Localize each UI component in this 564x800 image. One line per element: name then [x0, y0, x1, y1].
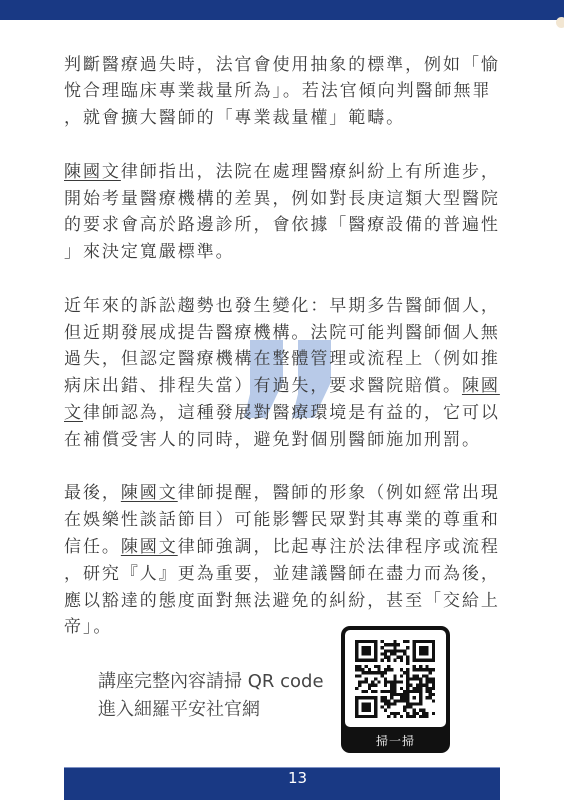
- line-text: 律師強調，比起專注於法律程序或流程: [178, 537, 500, 557]
- article-line: 近年來的訴訟趨勢也發生變化：早期多告醫師個人，: [64, 293, 506, 320]
- article-line: 判斷醫療過失時，法官會使用抽象的標準，例如「愉: [64, 52, 506, 79]
- article-line: 應以豁達的態度面對無法避免的糾紛，甚至「交給上: [64, 588, 506, 615]
- article-line: 在補償受害人的同時，避免對個別醫師施加刑罰。: [64, 427, 506, 454]
- paragraph-4: 最後，陳國文律師提醒，醫師的形象（例如經常出現 在娛樂性談話節目）可能影響民眾對…: [64, 480, 506, 641]
- article-line: 病床出錯、排程失當）有過失，要求醫院賠償。陳國: [64, 373, 506, 400]
- article-line: 陳國文律師指出，法院在處理醫療糾紛上有所進步，: [64, 159, 506, 186]
- line-text: 律師提醒，醫師的形象（例如經常出現: [178, 483, 500, 503]
- person-name: 陳國文: [121, 537, 178, 557]
- qr-scan-label: 掃一掃: [341, 727, 450, 753]
- person-name: 陳國文: [121, 483, 178, 503]
- person-name: 文: [64, 403, 83, 423]
- paragraph-3: 近年來的訴訟趨勢也發生變化：早期多告醫師個人， 但近期發展成提告醫療機構。法院可…: [64, 293, 506, 454]
- line-text: 律師指出，法院在處理醫療糾紛上有所進步，: [121, 162, 500, 182]
- header-bar: [0, 0, 564, 20]
- article-line: ，研究『人』更為重要，並建議醫師在盡力而為後，: [64, 561, 506, 588]
- article-line: 過失，但認定醫療機構在整體管理或流程上（例如推: [64, 346, 506, 373]
- line-text: 律師認為，這種發展對醫療環境是有益的，它可以: [83, 403, 500, 423]
- article-line: 悅合理臨床專業裁量所為」。若法官傾向判醫師無罪: [64, 78, 506, 105]
- article-line: 帝」。: [64, 614, 506, 641]
- article-line: 的要求會高於路邊診所，會依據「醫療設備的普遍性: [64, 212, 506, 239]
- article-line: 最後，陳國文律師提醒，醫師的形象（例如經常出現: [64, 480, 506, 507]
- article-line: 信任。陳國文律師強調，比起專注於法律程序或流程: [64, 534, 506, 561]
- article-line: 」來決定寬嚴標準。: [64, 239, 506, 266]
- article-line: 文律師認為，這種發展對醫療環境是有益的，它可以: [64, 400, 506, 427]
- footer-bar: 13: [64, 767, 500, 800]
- paragraph-2: 陳國文律師指出，法院在處理醫療糾紛上有所進步， 開始考量醫療機構的差異，例如對長…: [64, 159, 506, 266]
- line-text: 病床出錯、排程失當）有過失，要求醫院賠償。: [64, 376, 462, 396]
- article-line: 但近期發展成提告醫療機構。法院可能判醫師個人無: [64, 320, 506, 347]
- person-name: 陳國: [462, 376, 500, 396]
- qr-caption-line: 講座完整內容請掃 QR code: [98, 668, 324, 696]
- paragraph-1: 判斷醫療過失時，法官會使用抽象的標準，例如「愉 悅合理臨床專業裁量所為」。若法官…: [64, 52, 506, 132]
- article-line: 在娛樂性談話節目）可能影響民眾對其專業的尊重和: [64, 507, 506, 534]
- page-number: 13: [288, 770, 307, 786]
- article-line: 開始考量醫療機構的差異，例如對長庚這類大型醫院: [64, 186, 506, 213]
- qr-caption: 講座完整內容請掃 QR code 進入細羅平安社官網: [98, 668, 324, 724]
- article-line: ，就會擴大醫師的「專業裁量權」範疇。: [64, 105, 506, 132]
- qr-caption-line: 進入細羅平安社官網: [98, 696, 324, 724]
- line-text: 最後，: [64, 483, 121, 503]
- person-name: 陳國文: [64, 162, 121, 182]
- article-body: 判斷醫療過失時，法官會使用抽象的標準，例如「愉 悅合理臨床專業裁量所為」。若法官…: [64, 52, 506, 668]
- line-text: 信任。: [64, 537, 121, 557]
- decorative-dot: [556, 17, 564, 28]
